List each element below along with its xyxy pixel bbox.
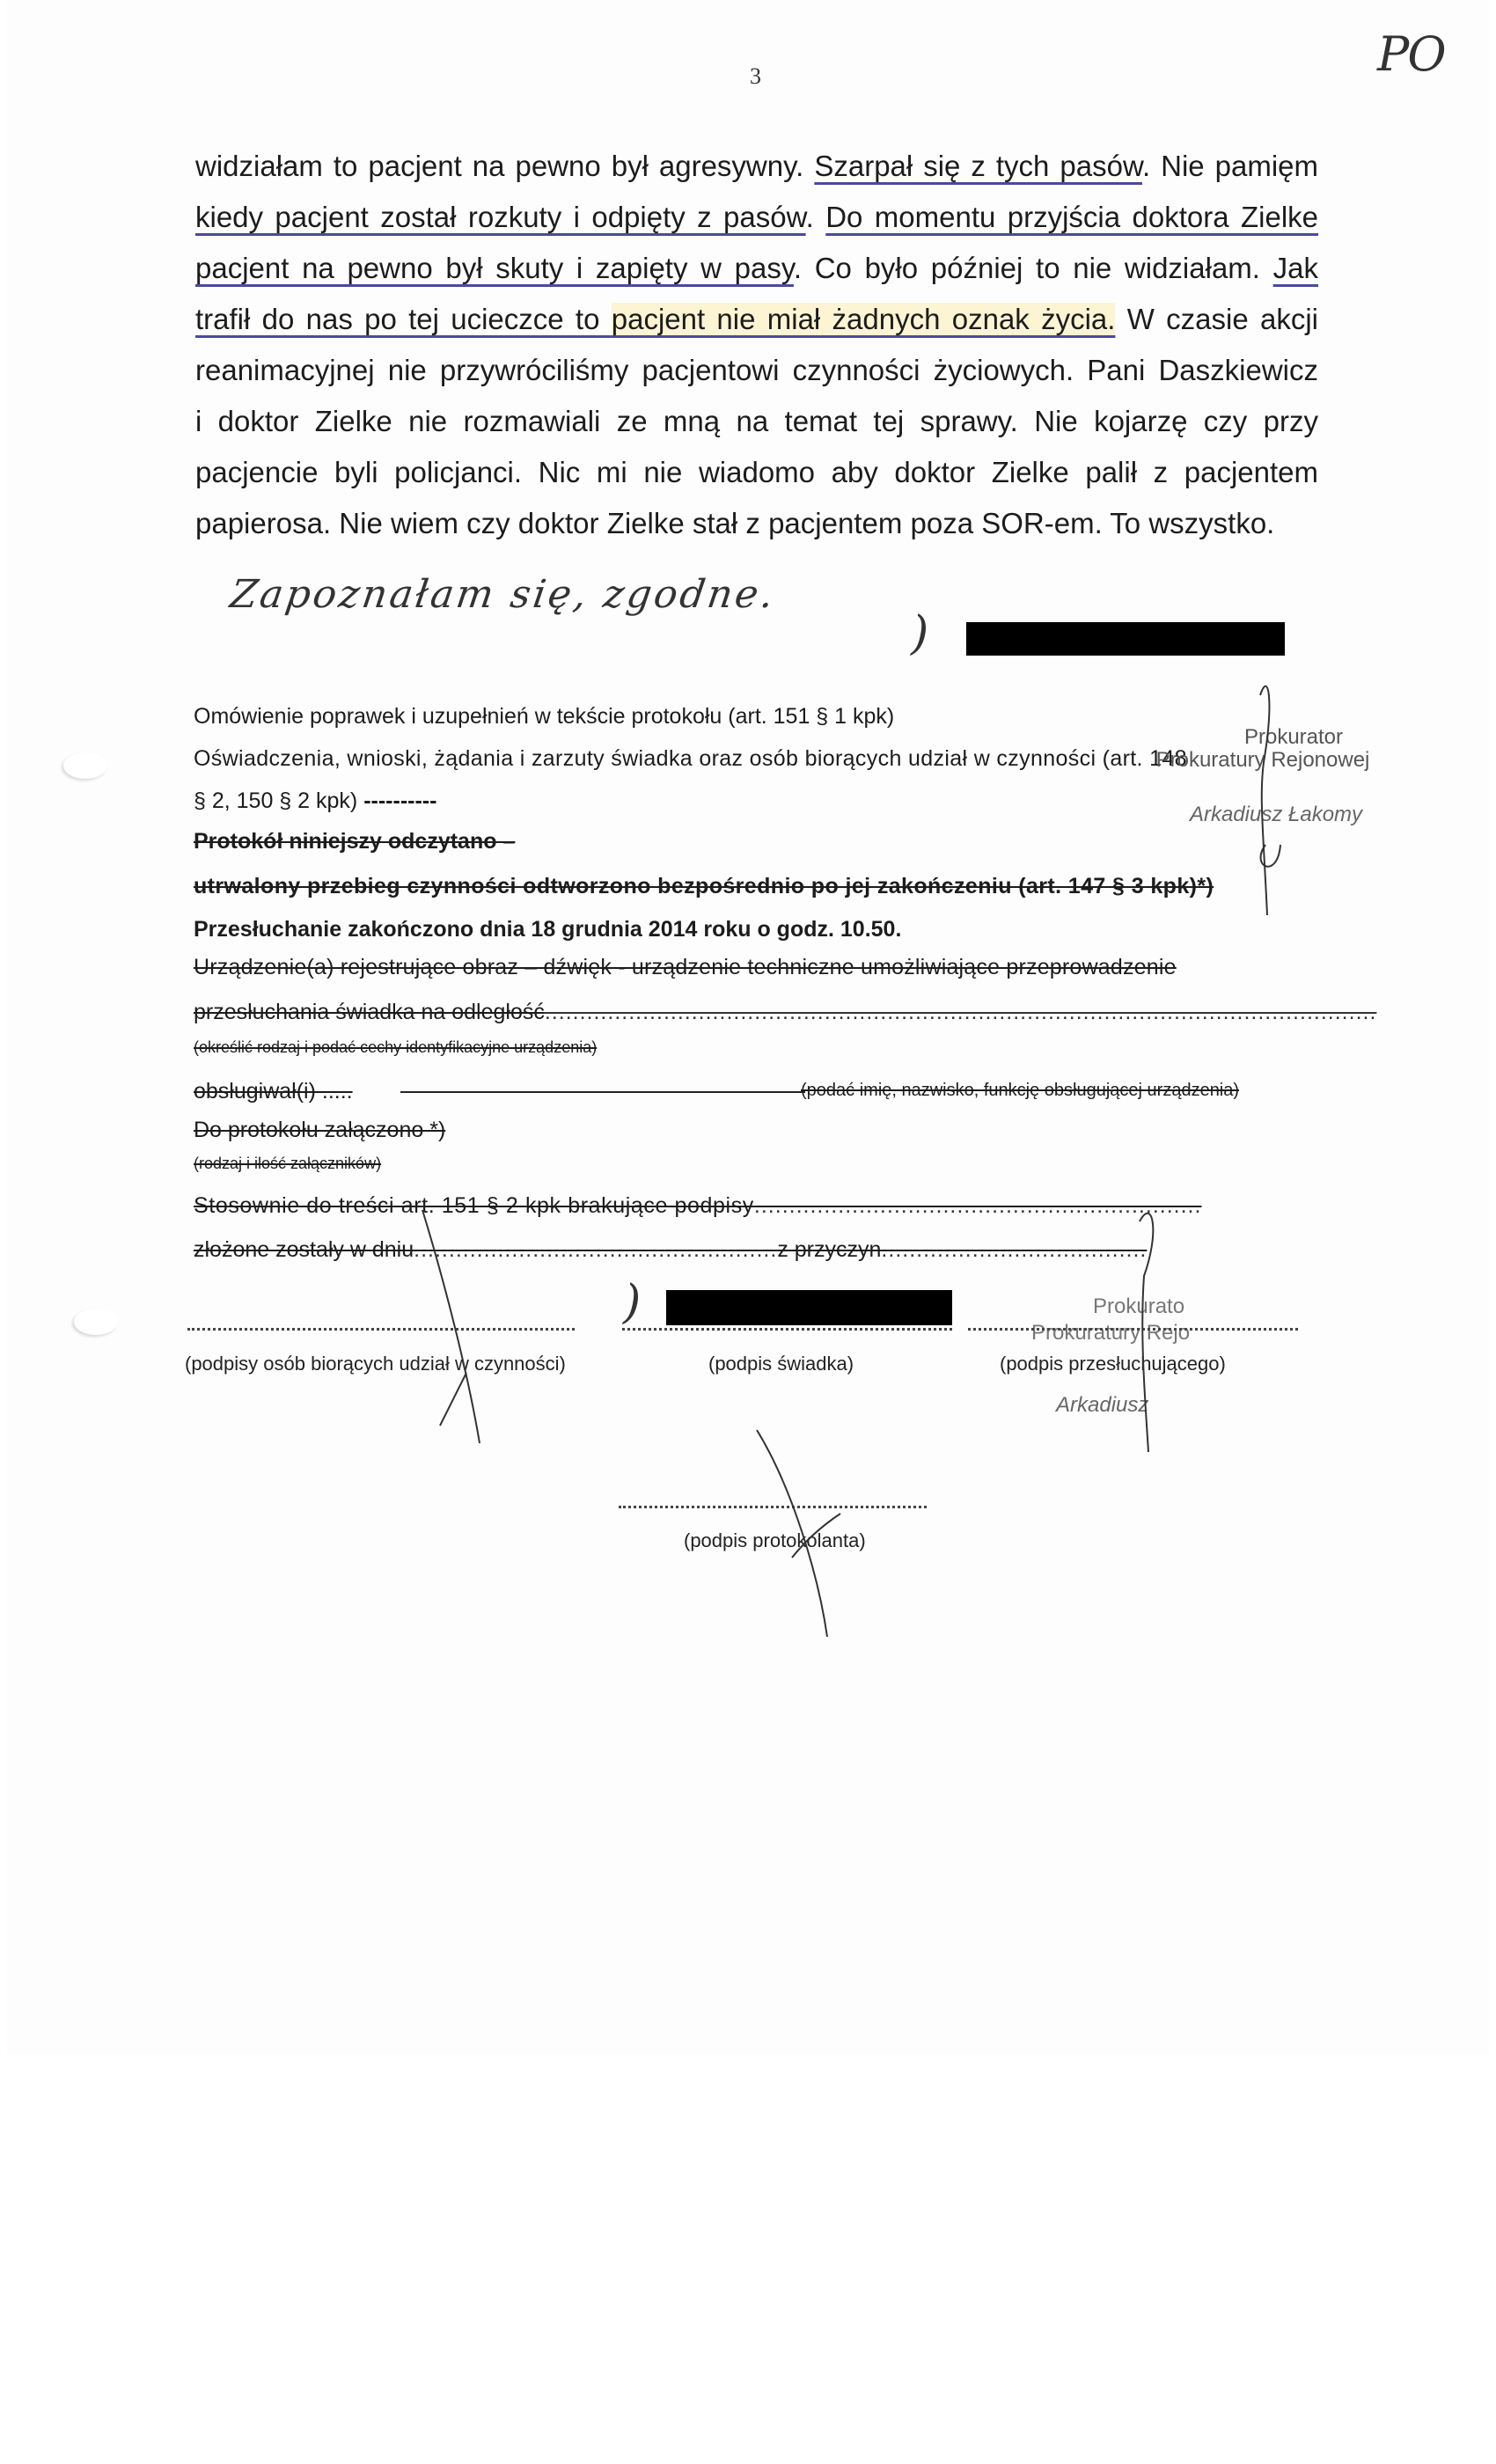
cross-stroke-recorder (757, 1430, 827, 1637)
cross-stroke-left (422, 1210, 480, 1443)
pen-strokes (0, 0, 1496, 2464)
signature-stroke-bottom (1140, 1214, 1153, 1452)
signature-stroke-top (1260, 686, 1269, 915)
